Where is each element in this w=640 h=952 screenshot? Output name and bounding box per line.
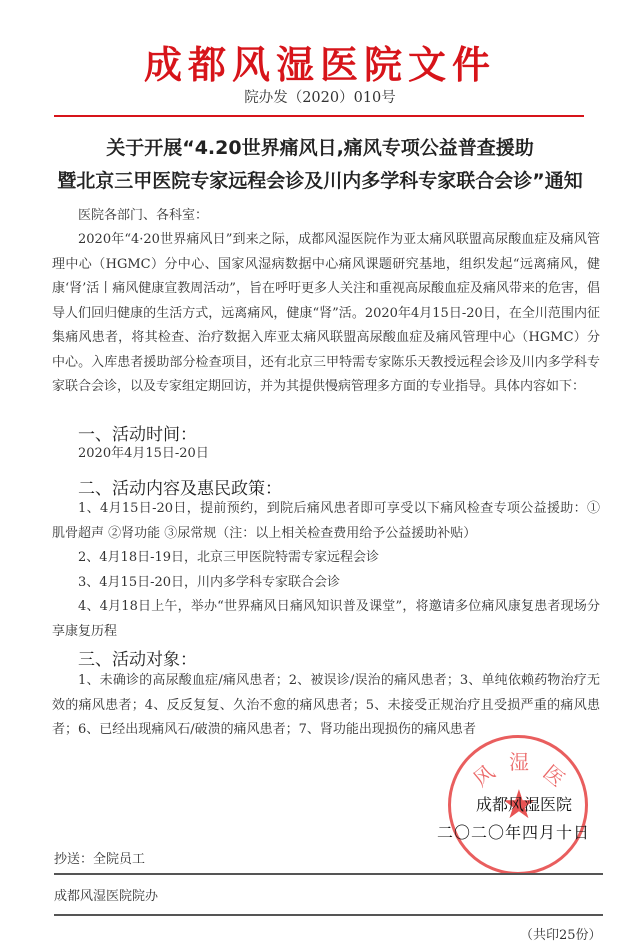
footer-divider-1 xyxy=(54,873,603,875)
notice-title-line2: 暨北京三甲医院专家远程会诊及川内多学科专家联合会诊”通知 xyxy=(0,166,640,193)
document-header-title: 成都风湿医院文件 xyxy=(0,34,640,89)
section-time-item: 2020年4月15日-20日 xyxy=(78,442,209,467)
section-content-item-4: 4、4月18日上午，举办“世界痛风日痛风知识普及课堂”，将邀请多位痛风康复患者现… xyxy=(52,595,600,644)
footer-divider-2 xyxy=(54,914,603,916)
issuing-office: 成都风湿医院院办 xyxy=(54,885,158,910)
section-content-item-2: 2、4月18日-19日，北京三甲医院特需专家远程会诊 xyxy=(78,546,379,571)
stamp-char: 风 xyxy=(466,757,500,792)
section-content-item-3: 3、4月15日-20日，川内多学科专家联合会诊 xyxy=(78,571,340,596)
section-heading-target: 三、活动对象： xyxy=(78,645,197,670)
salutation: 医院各部门、各科室： xyxy=(78,204,208,229)
intro-paragraph: 2020年“4·20世界痛风日”到来之际，成都风湿医院作为亚太痛风联盟高尿酸血症… xyxy=(52,228,600,400)
cc-line: 抄送：全院员工 xyxy=(54,848,145,873)
section-target-item: 1、未确诊的高尿酸血症/痛风患者；2、被误诊/误治的痛风患者；3、单纯依赖药物治… xyxy=(52,669,600,743)
signature-org: 成都风湿医院 xyxy=(476,792,572,815)
stamp-char: 湿 xyxy=(509,746,529,775)
print-copies: （共印25份） xyxy=(520,924,602,949)
notice-title-line1: 关于开展“4.20世界痛风日,痛风专项公益普查援助 xyxy=(0,133,640,160)
header-divider xyxy=(54,115,584,117)
section-heading-content: 二、活动内容及惠民政策： xyxy=(78,474,282,499)
section-content-item-1: 1、4月15日-20日，提前预约，到院后痛风患者即可享受以下痛风检查专项公益援助… xyxy=(52,497,600,546)
signature-date: 二〇二〇年四月十日 xyxy=(437,820,590,843)
document-number: 院办发（2020）010号 xyxy=(0,86,640,107)
stamp-char: 医 xyxy=(538,757,572,792)
